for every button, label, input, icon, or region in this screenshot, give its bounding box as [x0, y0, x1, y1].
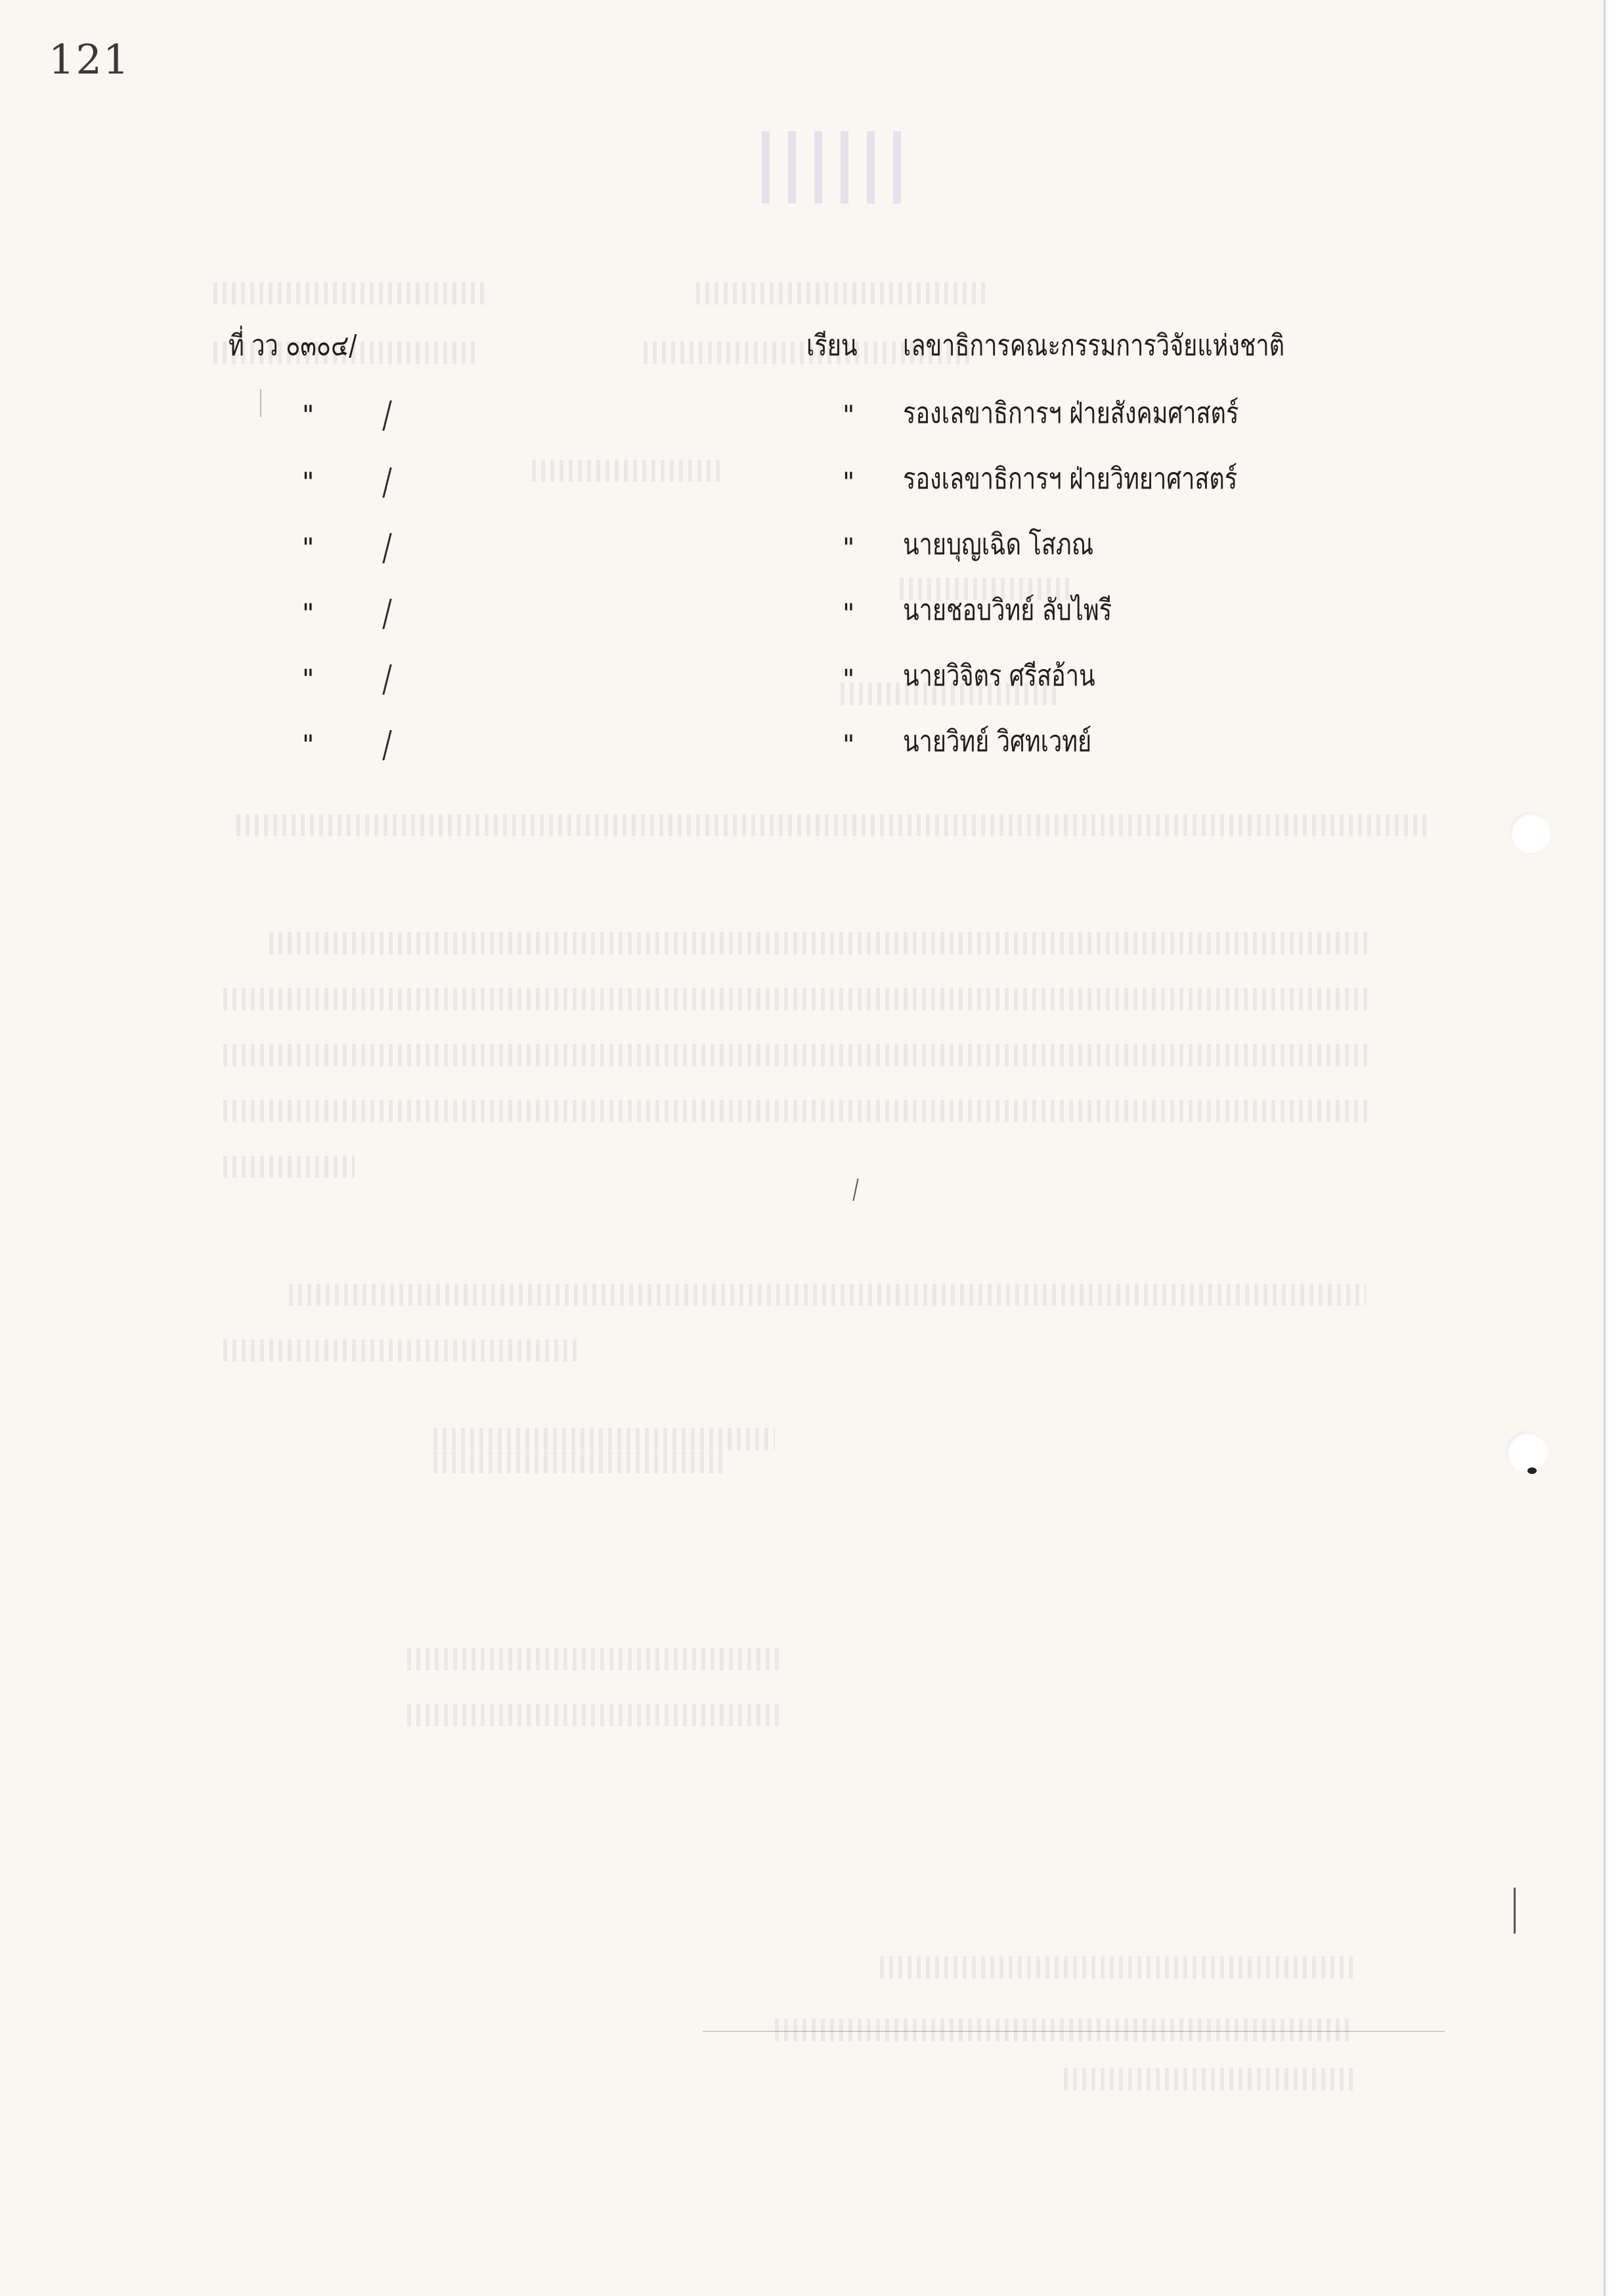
reference-slash — [382, 401, 391, 431]
bleed-through-line — [223, 988, 1372, 1010]
recipient-name: เลขาธิการคณะกรรมการวิจัยแห่งชาติ — [903, 332, 1284, 360]
bleed-through-line — [407, 1704, 781, 1726]
bleed-through-line — [696, 282, 985, 305]
bleed-through-title — [762, 131, 906, 204]
ditto-mark: " — [302, 533, 314, 563]
reference-slash — [382, 533, 391, 563]
bleed-through-line — [775, 2019, 1353, 2041]
bleed-through-line — [236, 814, 1432, 836]
bleed-through-line — [433, 1451, 722, 1473]
recipient-name: นายบุญเฉิด โสภณ — [903, 531, 1093, 559]
recipient-name: รองเลขาธิการฯ ฝ่ายสังคมศาสตร์ — [903, 399, 1239, 428]
stray-mark — [1514, 1888, 1516, 1934]
ditto-mark: " — [302, 401, 314, 431]
ditto-mark: " — [302, 467, 314, 498]
ditto-mark: " — [843, 730, 854, 760]
reference-slash — [382, 730, 391, 760]
recipient-name: นายวิทย์ วิศทเวทย์ — [903, 727, 1091, 756]
ditto-mark: " — [302, 730, 314, 760]
scanned-paper: 121 ที่ วว ๐๓๐๔/ เรียน เลขาธิการคณะกรรมก… — [0, 0, 1606, 2296]
ditto-mark: " — [843, 664, 854, 695]
bleed-through-line — [223, 1339, 578, 1362]
bleed-through-line — [407, 1648, 781, 1670]
bleed-through-line — [223, 1100, 1372, 1122]
reference-text: ที่ วว ๐๓๐๔/ — [229, 329, 357, 362]
bleed-through-line — [532, 460, 722, 482]
recipient-name: นายชอบวิทย์ ลับไพรี — [903, 596, 1112, 625]
page-number: 121 — [49, 35, 130, 83]
faint-underline — [703, 2031, 1445, 2032]
ditto-mark: " — [843, 467, 854, 498]
recipient-name: รองเลขาธิการฯ ฝ่ายวิทยาศาสตร์ — [903, 465, 1237, 494]
stray-mark — [852, 1179, 858, 1201]
stray-mark — [260, 389, 261, 417]
reference-slash — [382, 664, 391, 695]
bleed-through-line — [433, 1428, 775, 1450]
reference-slash — [382, 467, 391, 498]
ditto-mark: " — [843, 533, 854, 563]
reference-slash — [382, 599, 391, 629]
salutation-label: เรียน — [806, 332, 858, 360]
bleed-through-line — [880, 1957, 1353, 1979]
bleed-through-line — [269, 932, 1372, 955]
ditto-mark: " — [843, 401, 854, 431]
recipient-name: นายวิจิตร ศรีสอ้าน — [903, 662, 1095, 691]
ditto-mark: " — [302, 664, 314, 695]
bleed-through-line — [223, 1156, 355, 1178]
punch-hole — [1510, 812, 1550, 853]
ditto-mark: " — [843, 599, 854, 629]
bleed-through-line — [223, 1044, 1372, 1066]
bleed-through-line — [213, 282, 489, 305]
ditto-mark: " — [302, 599, 314, 629]
reference-number: ที่ วว ๐๓๐๔/ — [229, 332, 357, 360]
punch-hole — [1506, 1431, 1547, 1472]
punch-debris — [1527, 1467, 1537, 1474]
bleed-through-line — [1064, 2068, 1353, 2090]
bleed-through-line — [289, 1284, 1366, 1306]
